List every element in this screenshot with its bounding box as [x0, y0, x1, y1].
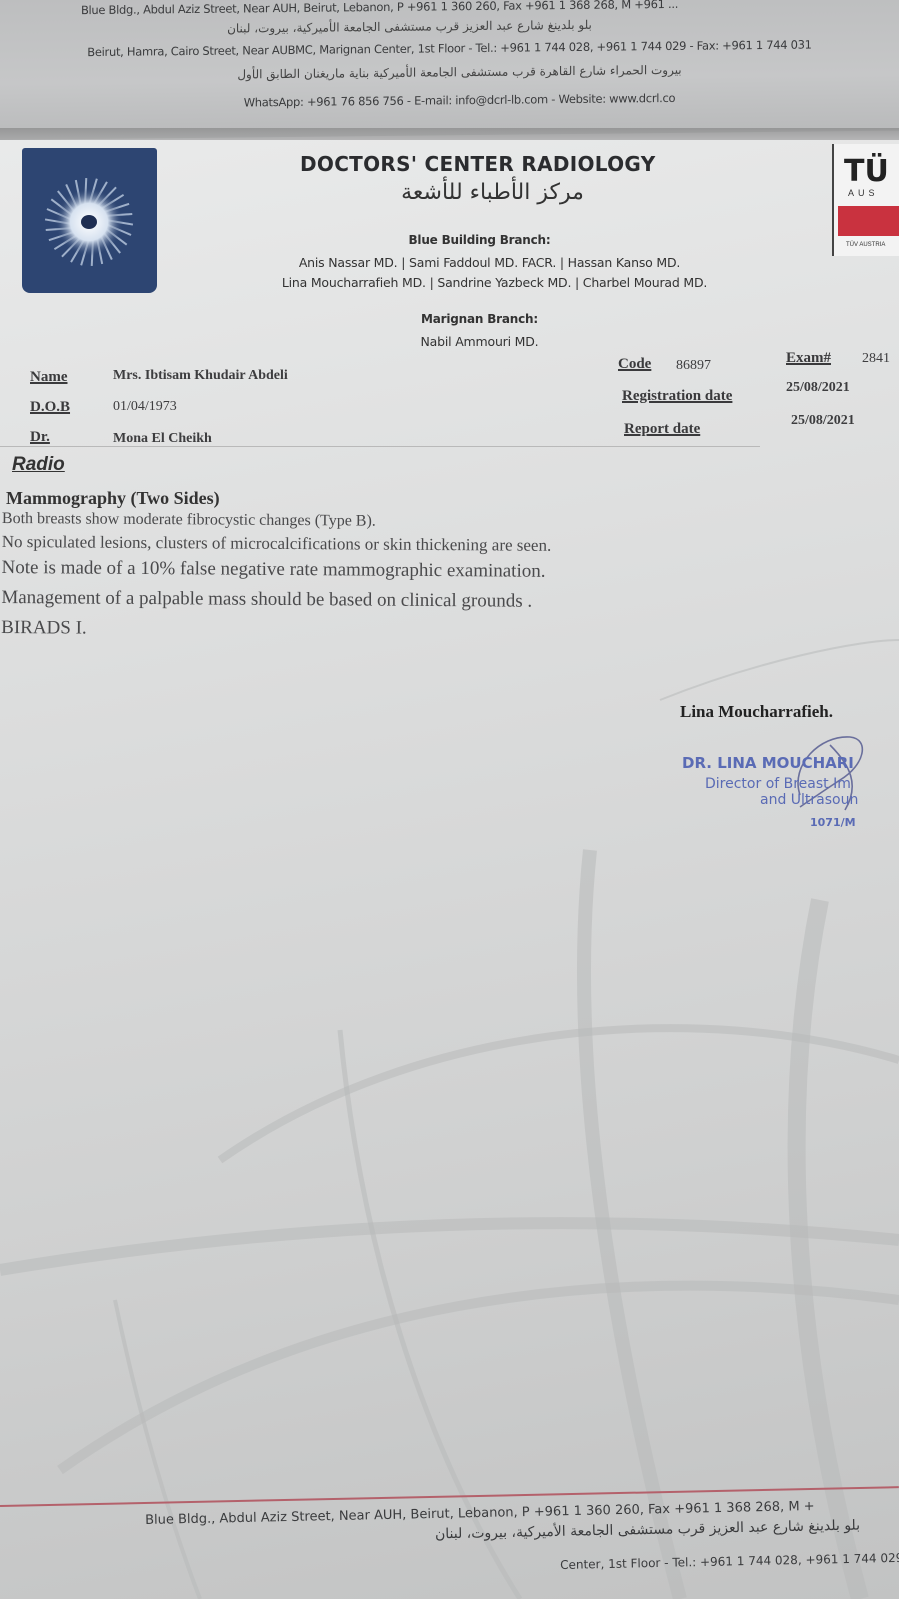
name-label: Name [30, 369, 68, 386]
exam-title: Mammography (Two Sides) [6, 488, 220, 509]
marignan-branch-label: Marignan Branch: [30, 312, 899, 326]
stamp-name: DR. LINA MOUCHARI [682, 754, 854, 772]
previous-page-footer-flap: Blue Bldg., Abdul Aziz Street, Near AUH,… [0, 0, 899, 140]
flap-address-ar-1: بلو بلدينغ شارع عبد العزيز قرب مستشفى ال… [0, 15, 859, 38]
clinic-logo [22, 148, 157, 293]
exam-number: 2841 [862, 351, 890, 367]
code-label: Code [618, 356, 651, 373]
stamp-title-2: and Ultrasoun [760, 792, 858, 808]
finding-line: No spiculated lesions, clusters of micro… [2, 532, 552, 556]
report-date-label: Report date [624, 421, 700, 438]
patient-dob: 01/04/1973 [113, 399, 177, 415]
certification-title: TÜ [844, 154, 889, 189]
signer-name: Lina Moucharrafieh. [680, 702, 833, 722]
certification-red-band [838, 206, 899, 236]
stamp-title-1: Director of Breast Im [705, 776, 851, 792]
registration-date-label: Registration date [622, 388, 732, 405]
finding-line: BIRADS I. [1, 617, 551, 643]
registration-date: 25/08/2021 [786, 380, 850, 396]
finding-line: Note is made of a 10% false negative rat… [2, 557, 552, 583]
report-page: DOCTORS' CENTER RADIOLOGY مركز الأطباء ل… [0, 140, 899, 1599]
flap-address-en-2: Beirut, Hamra, Cairo Street, Near AUBMC,… [0, 37, 899, 60]
clinic-name: DOCTORS' CENTER RADIOLOGY [300, 152, 655, 176]
referring-doctor: Mona El Cheikh [113, 431, 212, 447]
finding-line: Management of a palpable mass should be … [1, 587, 551, 613]
flap-address-ar-2: بيروت الحمراء شارع القاهرة قرب مستشفى ال… [10, 60, 899, 83]
patient-code: 86897 [676, 358, 711, 374]
stamp-license: 1071/M [810, 816, 856, 829]
header-divider [0, 446, 760, 447]
exam-label: Exam# [786, 350, 831, 367]
flap-contact: WhatsApp: +961 76 856 756 - E-mail: info… [10, 88, 899, 111]
clinic-name-arabic: مركز الأطباء للأشعة [300, 180, 685, 205]
watermark-arcs [0, 140, 899, 1599]
blue-branch-label: Blue Building Branch: [30, 233, 899, 247]
starburst-icon [22, 148, 157, 293]
blue-branch-doctors-2: Lina Moucharrafieh MD. | Sandrine Yazbec… [45, 275, 899, 290]
patient-name: Mrs. Ibtisam Khudair Abdeli [113, 368, 288, 384]
certification-subtitle: AUS [848, 188, 879, 198]
dob-label: D.O.B [30, 399, 70, 416]
findings-list: Both breasts show moderate fibrocystic c… [1, 510, 551, 643]
blue-branch-doctors-1: Anis Nassar MD. | Sami Faddoul MD. FACR.… [40, 255, 899, 270]
finding-line: Both breasts show moderate fibrocystic c… [2, 510, 552, 532]
section-heading: Radio [12, 454, 65, 476]
report-date: 25/08/2021 [791, 413, 855, 429]
marignan-branch-doctors: Nabil Ammouri MD. [30, 334, 899, 349]
doctor-label: Dr. [30, 429, 50, 446]
